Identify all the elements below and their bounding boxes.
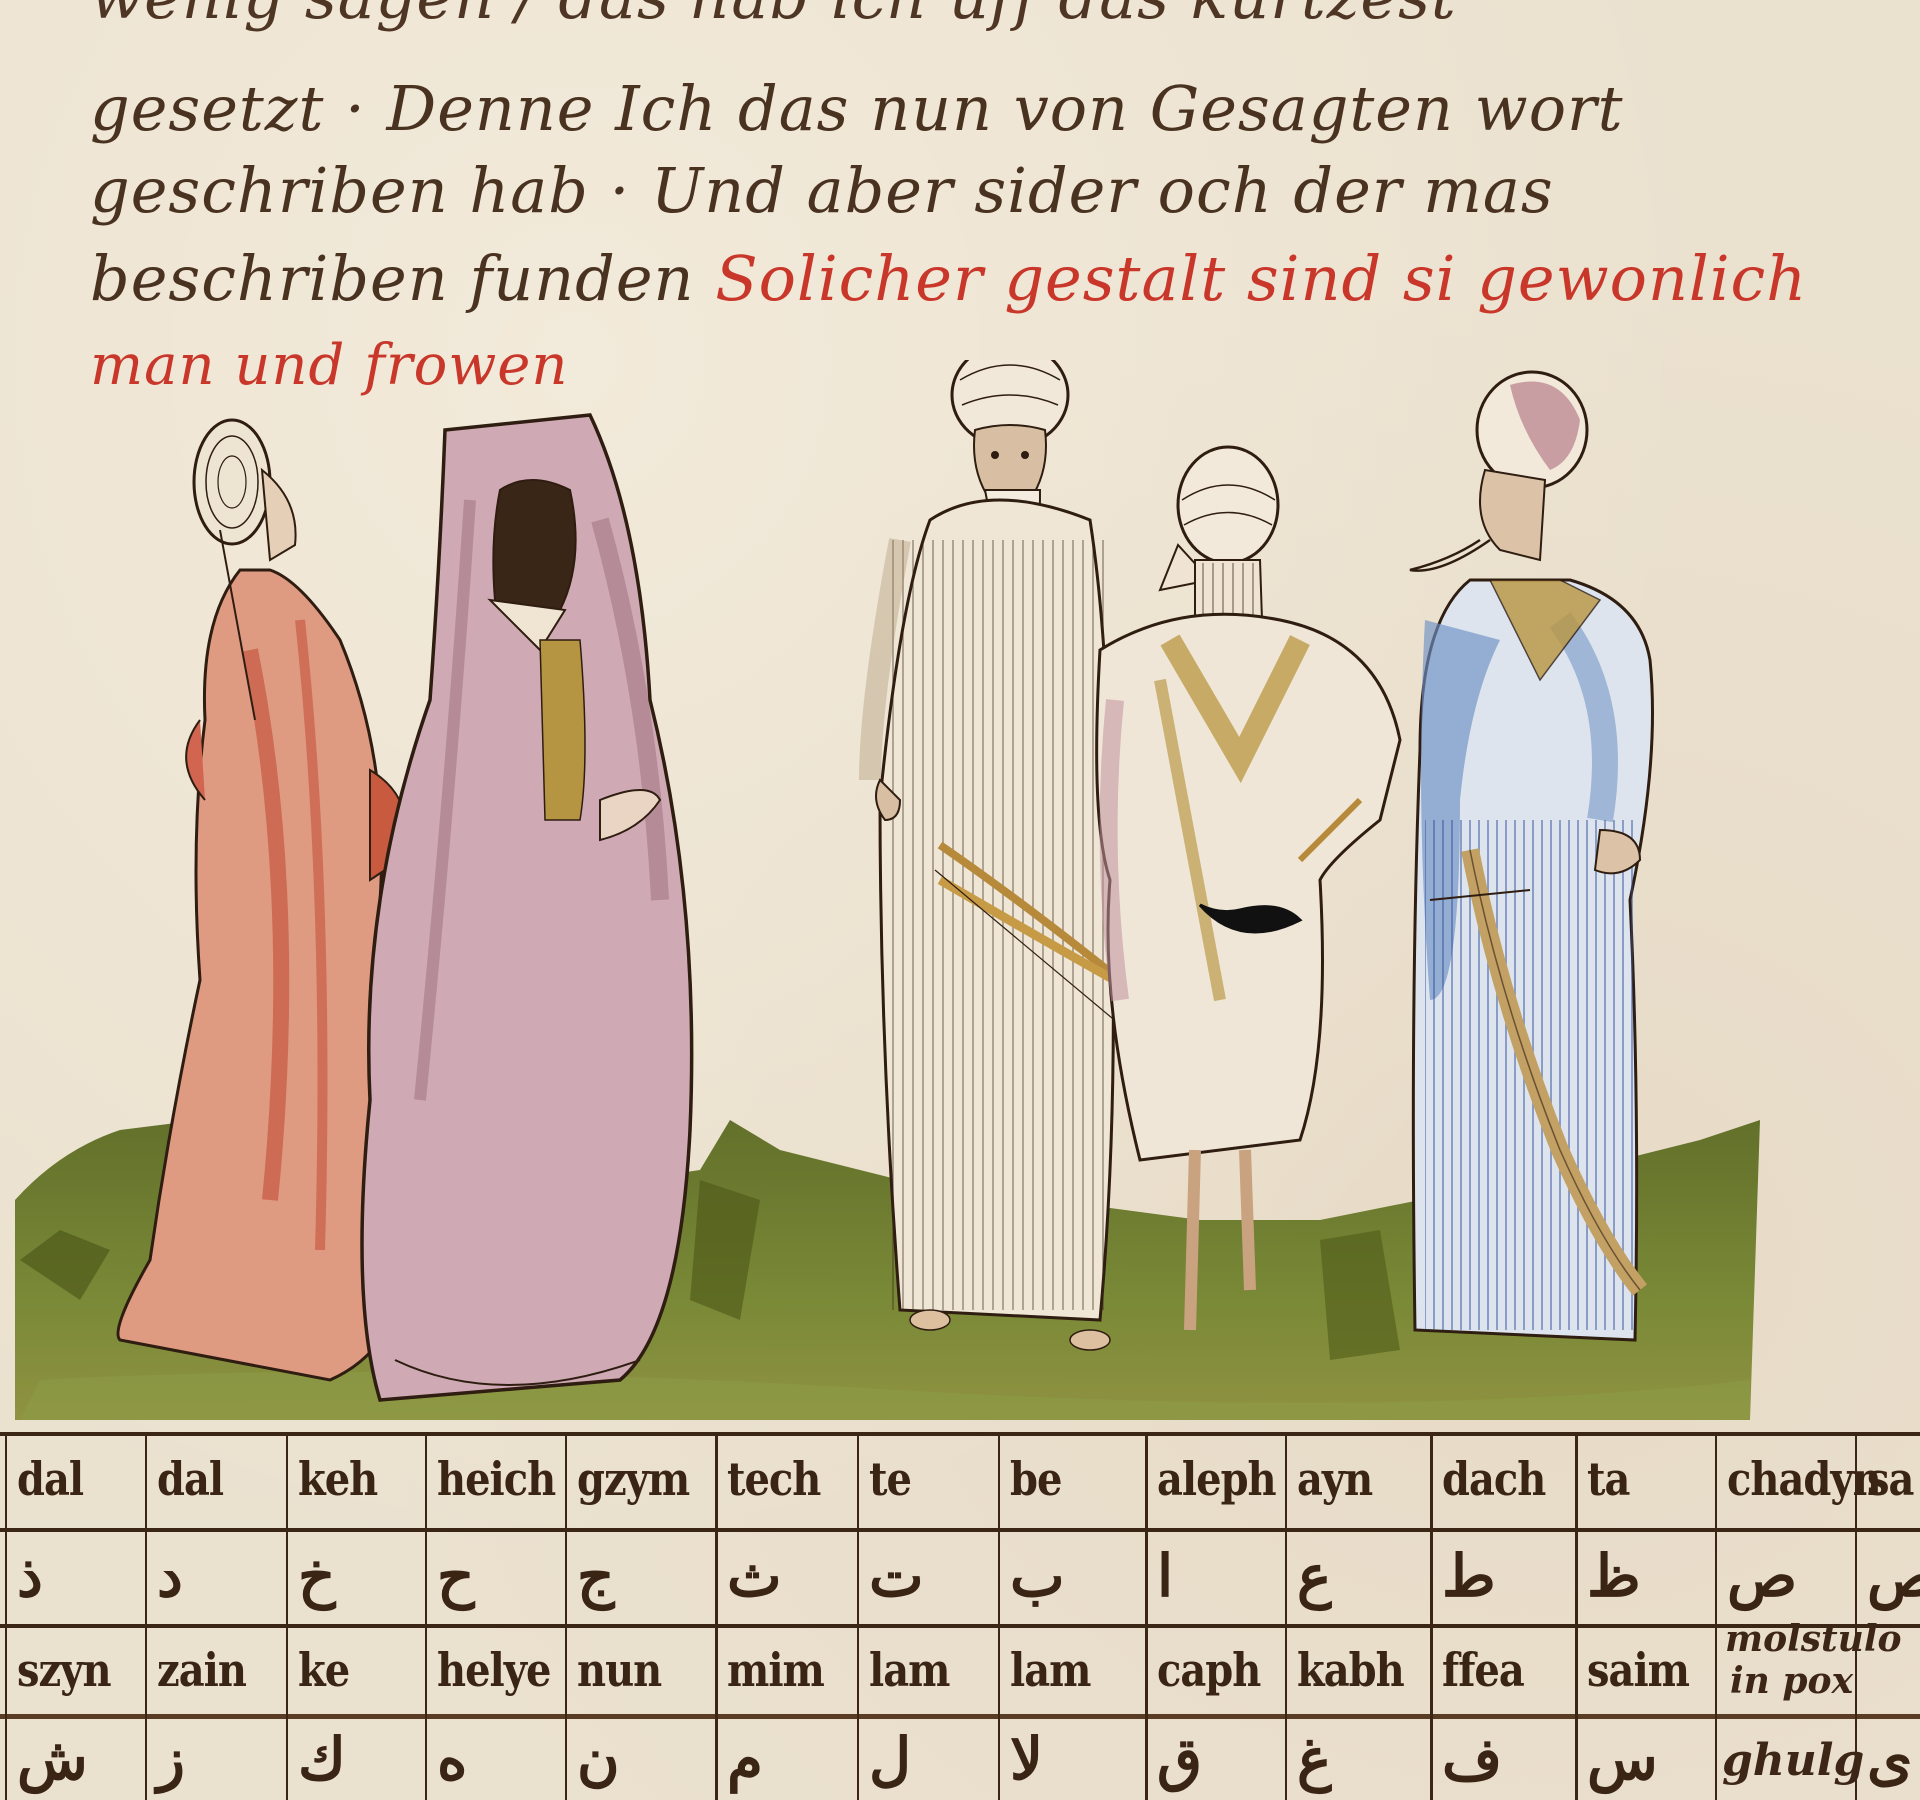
table-row-glyphs-1: ذ د خ ح ج ث ت ب ا ع ط ظ ص ص <box>0 1530 1920 1622</box>
arabic-glyph: ف <box>1430 1718 1575 1800</box>
arabic-glyph: ش <box>5 1718 145 1800</box>
text-line-2: geschriben hab · Und aber sider och der … <box>90 160 1554 222</box>
arabic-glyph: م <box>715 1718 857 1800</box>
arabic-alphabet-table: dal dal keh heich gzym tech te be aleph … <box>0 1432 1920 1800</box>
arabic-glyph: غ <box>1285 1718 1430 1800</box>
table-column-rule <box>425 1432 427 1800</box>
letter-name: aleph <box>1145 1425 1285 1533</box>
table-rule <box>0 1432 1920 1436</box>
arabic-glyph: ی <box>1855 1718 1920 1800</box>
letter-name: ayn <box>1285 1425 1430 1533</box>
figure-man-blue-robe <box>1410 372 1653 1340</box>
letter-name: ffea <box>1430 1619 1575 1720</box>
arabic-glyph: ت <box>857 1530 998 1622</box>
table-column-rule <box>565 1432 567 1800</box>
letter-name: sa <box>1855 1425 1920 1533</box>
letter-name: saim <box>1575 1619 1715 1720</box>
arabic-glyph: ص <box>1715 1530 1855 1622</box>
letter-name: dach <box>1430 1425 1575 1533</box>
table-column-rule <box>1145 1432 1148 1800</box>
letter-name: nun <box>565 1619 715 1720</box>
arabic-glyph: س <box>1575 1718 1715 1800</box>
illustration-saracens <box>0 360 1920 1440</box>
rubric-caption: Solicher gestalt sind si gewonlich <box>715 242 1807 315</box>
table-column-rule <box>1430 1432 1433 1800</box>
arabic-glyph: ج <box>565 1530 715 1622</box>
table-row-names-2: szyn zain ke helye nun mim lam lam caph … <box>0 1626 1920 1714</box>
arabic-glyph: ح <box>425 1530 565 1622</box>
table-column-rule <box>145 1432 147 1800</box>
table-row-glyphs-2: ش ز ك ه ن م ل لا ق غ ف س ی <box>0 1718 1920 1800</box>
letter-name: chadyn <box>1715 1425 1855 1533</box>
table-column-rule <box>286 1432 288 1800</box>
arabic-glyph: ا <box>1145 1530 1285 1622</box>
table-column-rule <box>998 1432 1000 1800</box>
arabic-glyph: ه <box>425 1718 565 1800</box>
marginal-note-2: in pox <box>1730 1660 1853 1702</box>
letter-name: kabh <box>1285 1619 1430 1720</box>
arabic-glyph: ل <box>857 1718 998 1800</box>
letter-name: mim <box>715 1619 857 1720</box>
letter-name: gzym <box>565 1425 715 1533</box>
figure-turbaned-man-back <box>1097 447 1400 1330</box>
manuscript-page: wenig sagen / das hab ich uff das kürtze… <box>0 0 1920 1800</box>
letter-name: keh <box>286 1425 425 1533</box>
arabic-glyph: خ <box>286 1530 425 1622</box>
marginal-note-3: ghulg <box>1722 1735 1864 1786</box>
table-column-rule <box>715 1432 718 1800</box>
letter-name: lam <box>998 1619 1145 1720</box>
table-column-rule <box>1855 1432 1857 1800</box>
arabic-glyph: ط <box>1430 1530 1575 1622</box>
arabic-glyph: ص <box>1855 1530 1920 1622</box>
arabic-glyph: ث <box>715 1530 857 1622</box>
arabic-glyph: ظ <box>1575 1530 1715 1622</box>
arabic-glyph: ذ <box>5 1530 145 1622</box>
letter-name: zain <box>145 1619 286 1720</box>
letter-name: lam <box>857 1619 998 1720</box>
text-line-1: gesetzt · Denne Ich das nun von Gesagten… <box>90 78 1624 140</box>
arabic-glyph: ب <box>998 1530 1145 1622</box>
letter-name: heich <box>425 1425 565 1533</box>
arabic-glyph: د <box>145 1530 286 1622</box>
letter-name: tech <box>715 1425 857 1533</box>
figure-veiled-woman <box>362 415 692 1400</box>
letter-name: helye <box>425 1619 565 1720</box>
table-row-names-1: dal dal keh heich gzym tech te be aleph … <box>0 1432 1920 1526</box>
arabic-glyph: لا <box>998 1718 1145 1800</box>
table-column-rule <box>5 1432 7 1800</box>
letter-name: dal <box>145 1425 286 1533</box>
table-rule <box>0 1714 1920 1719</box>
table-rule <box>0 1528 1920 1532</box>
letter-name: be <box>998 1425 1145 1533</box>
arabic-glyph: ك <box>286 1718 425 1800</box>
arabic-glyph: ز <box>145 1718 286 1800</box>
table-column-rule <box>857 1432 859 1800</box>
table-column-rule <box>1575 1432 1578 1800</box>
text-line-0: wenig sagen / das hab ich uff das kürtze… <box>90 0 1457 28</box>
letter-name: caph <box>1145 1619 1285 1720</box>
arabic-glyph: ق <box>1145 1718 1285 1800</box>
text-line-3: beschriben funden Solicher gestalt sind … <box>90 248 1807 310</box>
letter-name: ke <box>286 1619 425 1720</box>
table-rule <box>0 1624 1920 1628</box>
arabic-glyph: ع <box>1285 1530 1430 1622</box>
letter-name: szyn <box>5 1619 145 1720</box>
table-column-rule <box>1715 1432 1717 1800</box>
arabic-glyph: ن <box>565 1718 715 1800</box>
text-line-3-black: beschriben funden <box>90 242 694 315</box>
table-column-rule <box>1285 1432 1287 1800</box>
letter-name: dal <box>5 1425 145 1533</box>
letter-name: te <box>857 1425 998 1533</box>
letter-name: ta <box>1575 1425 1715 1533</box>
